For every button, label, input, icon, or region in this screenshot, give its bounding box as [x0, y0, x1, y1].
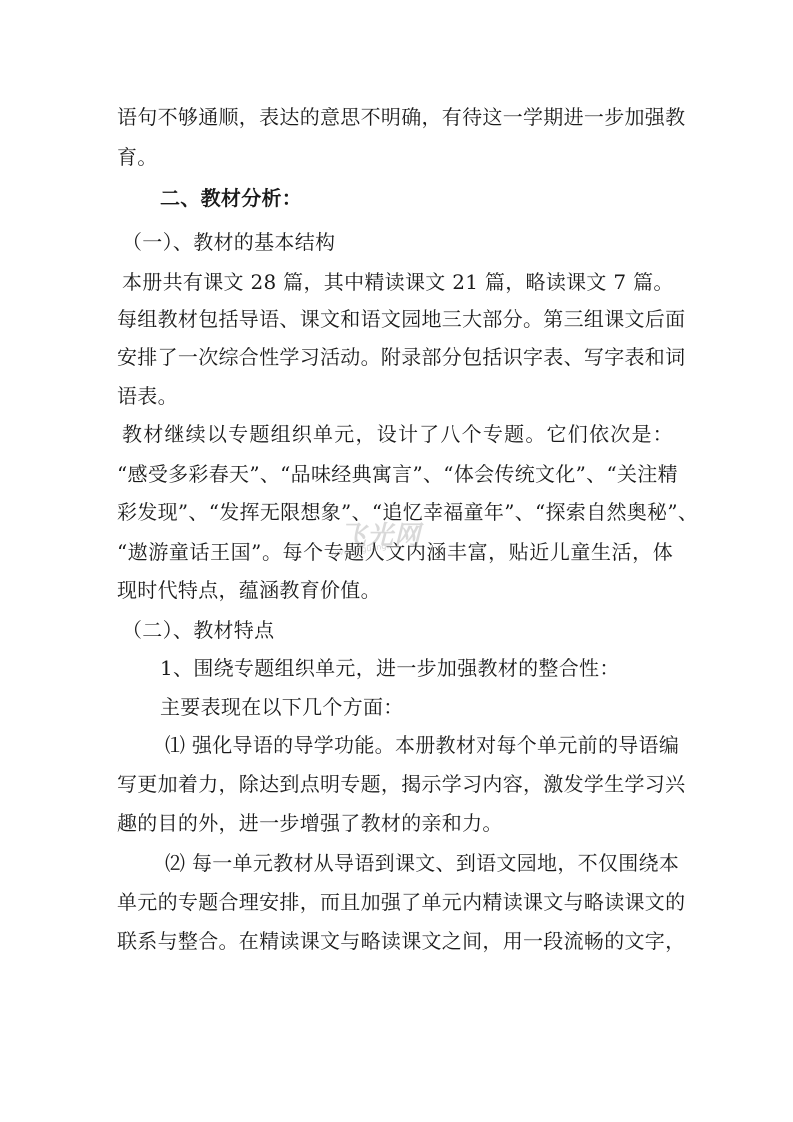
paragraph-line: 现时代特点，蕴涵教育价值。: [117, 578, 381, 602]
paragraph-line: 彩发现”、“发挥无限想象”、“追忆幸福童年”、“探索自然奥秘”、: [117, 500, 673, 524]
list-item-heading: 1、围绕专题组织单元，进一步加强教材的整合性：: [160, 656, 620, 680]
paragraph-line: 主要表现在以下几个方面：: [160, 695, 404, 719]
paragraph-line: 语句不够通顺，表达的意思不明确，有待这一学期进一步加强教: [117, 105, 673, 129]
paragraph-line: ⑴ 强化导语的导学功能。本册教材对每个单元前的导语编: [165, 733, 673, 757]
paragraph-line: 安排了一次综合性学习活动。附录部分包括识字表、写字表和词: [117, 345, 673, 369]
paragraph-line: 联系与整合。在精读课文与略读课文之间，用一段流畅的文字，: [117, 929, 673, 953]
paragraph-line: 写更加着力，除达到点明专题，揭示学习内容，激发学生学习兴: [117, 772, 673, 796]
paragraph-line: “感受多彩春天”、“品味经典寓言”、“体会传统文化”、“关注精: [117, 462, 673, 486]
paragraph-line: 每组教材包括导语、课文和语文园地三大部分。第三组课文后面: [117, 307, 673, 331]
paragraph-line: ⑵ 每一单元教材从导语到课文、到语文园地，不仅围绕本: [165, 851, 673, 875]
paragraph-line: 语表。: [117, 384, 178, 408]
paragraph-line: 育。: [117, 145, 158, 169]
paragraph-line: 本册共有课文 28 篇，其中精读课文 21 篇，略读课文 7 篇。: [122, 270, 673, 294]
document-page: 语句不够通顺，表达的意思不明确，有待这一学期进一步加强教 育。 二、教材分析： …: [0, 0, 793, 1122]
subsection-heading: （二）、教材特点: [122, 618, 274, 642]
subsection-heading: （一）、教材的基本结构: [122, 230, 335, 254]
paragraph-line: 趣的目的外，进一步增强了教材的亲和力。: [117, 811, 503, 835]
section-heading: 二、教材分析：: [160, 186, 302, 210]
paragraph-line: 教材继续以专题组织单元，设计了八个专题。它们依次是：: [122, 422, 673, 446]
paragraph-line: 单元的专题合理安排，而且加强了单元内精读课文与略读课文的: [117, 890, 673, 914]
paragraph-line: “遨游童话王国”。每个专题人文内涵丰富，贴近儿童生活，体: [117, 540, 673, 564]
